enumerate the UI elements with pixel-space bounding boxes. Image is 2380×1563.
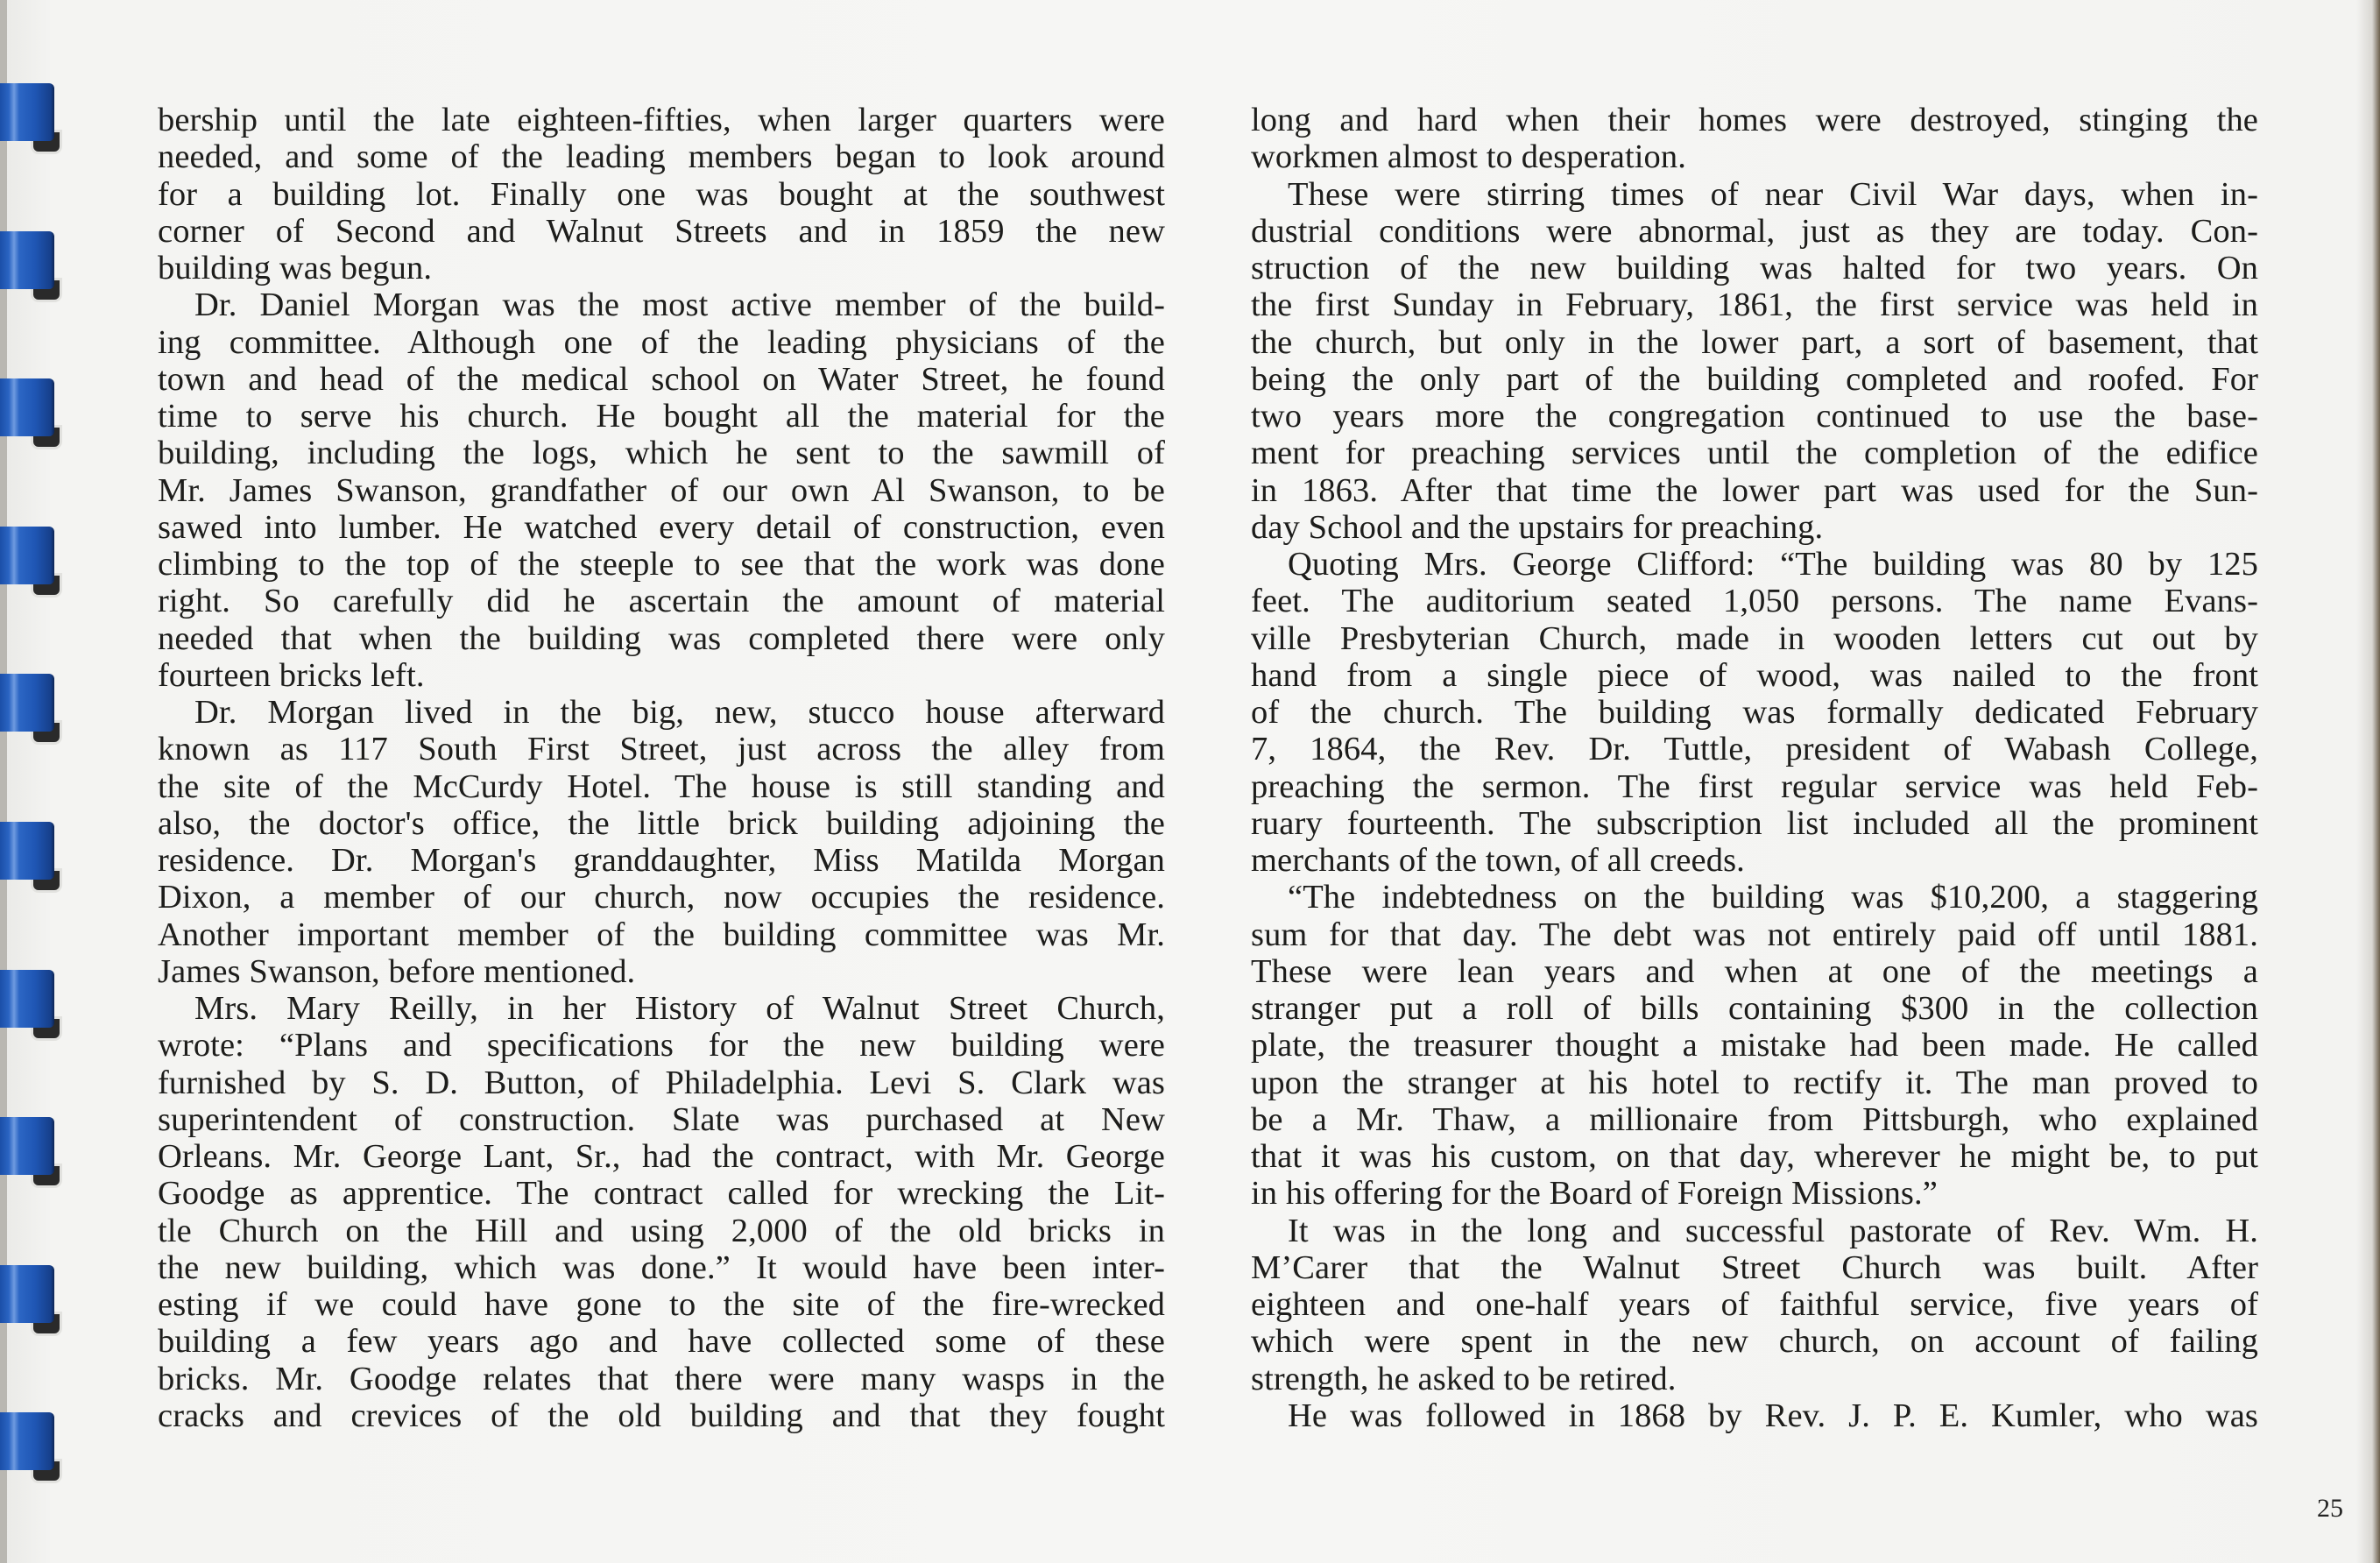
text-line: sum for that day. The debt was not entir… bbox=[1251, 916, 2258, 953]
text-line: stranger put a roll of bills containing … bbox=[1251, 990, 2258, 1027]
text-line: day School and the upstairs for preachin… bbox=[1251, 509, 2258, 546]
coil-band bbox=[0, 1117, 54, 1175]
text-line: Quoting Mrs. George Clifford: “The build… bbox=[1251, 546, 2258, 583]
text-line: time to serve his church. He bought all … bbox=[158, 398, 1165, 435]
binding-coil bbox=[0, 83, 60, 160]
text-line: in his offering for the Board of Foreign… bbox=[1251, 1175, 2258, 1212]
binding-coil bbox=[0, 1412, 60, 1489]
text-line: town and head of the medical school on W… bbox=[158, 361, 1165, 398]
coil-band bbox=[0, 1412, 54, 1470]
binding-coil bbox=[0, 378, 60, 456]
text-line: long and hard when their homes were dest… bbox=[1251, 102, 2258, 138]
text-line: He was followed in 1868 by Rev. J. P. E.… bbox=[1251, 1397, 2258, 1434]
coil-band bbox=[0, 1265, 54, 1323]
text-line: struction of the new building was halted… bbox=[1251, 250, 2258, 286]
text-line: furnished by S. D. Button, of Philadelph… bbox=[158, 1064, 1165, 1101]
text-line: bricks. Mr. Goodge relates that there we… bbox=[158, 1361, 1165, 1397]
text-line: which were spent in the new church, on a… bbox=[1251, 1323, 2258, 1360]
text-line: It was in the long and successful pastor… bbox=[1251, 1213, 2258, 1249]
text-line: workmen almost to desperation. bbox=[1251, 138, 2258, 175]
coil-band bbox=[0, 822, 54, 880]
text-line: Dr. Daniel Morgan was the most active me… bbox=[158, 286, 1165, 323]
coil-band bbox=[0, 83, 54, 141]
binding-coil bbox=[0, 970, 60, 1047]
text-line: preaching the sermon. The first regular … bbox=[1251, 768, 2258, 805]
binding-coil bbox=[0, 1117, 60, 1194]
text-line: hand from a single piece of wood, was na… bbox=[1251, 657, 2258, 694]
binding-coil bbox=[0, 822, 60, 899]
text-line: Mr. James Swanson, grandfather of our ow… bbox=[158, 472, 1165, 509]
text-line: Dr. Morgan lived in the big, new, stucco… bbox=[158, 694, 1165, 731]
text-line: climbing to the top of the steeple to se… bbox=[158, 546, 1165, 583]
text-line: feet. The auditorium seated 1,050 person… bbox=[1251, 583, 2258, 619]
page-number: 25 bbox=[2317, 1494, 2343, 1524]
binding-coil bbox=[0, 1265, 60, 1342]
text-line: building, including the logs, which he s… bbox=[158, 435, 1165, 471]
text-line: for a building lot. Finally one was boug… bbox=[158, 176, 1165, 213]
text-line: James Swanson, before mentioned. bbox=[158, 953, 1165, 990]
coil-band bbox=[0, 674, 54, 732]
right-text-column: long and hard when their homes were dest… bbox=[1251, 102, 2258, 1434]
text-line: merchants of the town, of all creeds. bbox=[1251, 842, 2258, 879]
text-line: two years more the congregation continue… bbox=[1251, 398, 2258, 435]
text-line: of the church. The building was formally… bbox=[1251, 694, 2258, 731]
text-line: sawed into lumber. He watched every deta… bbox=[158, 509, 1165, 546]
binding-coil bbox=[0, 527, 60, 604]
text-line: be a Mr. Thaw, a millionaire from Pittsb… bbox=[1251, 1101, 2258, 1138]
text-line: esting if we could have gone to the site… bbox=[158, 1286, 1165, 1323]
text-line: ment for preaching services until the co… bbox=[1251, 435, 2258, 471]
text-line: tle Church on the Hill and using 2,000 o… bbox=[158, 1213, 1165, 1249]
text-line: cracks and crevices of the old building … bbox=[158, 1397, 1165, 1434]
binding-coil bbox=[0, 674, 60, 751]
text-line: Orleans. Mr. George Lant, Sr., had the c… bbox=[158, 1138, 1165, 1175]
text-line: in 1863. After that time the lower part … bbox=[1251, 472, 2258, 509]
text-line: the site of the McCurdy Hotel. The house… bbox=[158, 768, 1165, 805]
text-line: Dixon, a member of our church, now occup… bbox=[158, 879, 1165, 916]
text-line: M’Carer that the Walnut Street Church wa… bbox=[1251, 1249, 2258, 1286]
text-line: These were lean years and when at one of… bbox=[1251, 953, 2258, 990]
text-line: strength, he asked to be retired. bbox=[1251, 1361, 2258, 1397]
text-line: Goodge as apprentice. The contract calle… bbox=[158, 1175, 1165, 1212]
text-line: building a few years ago and have collec… bbox=[158, 1323, 1165, 1360]
text-line: wrote: “Plans and specifications for the… bbox=[158, 1027, 1165, 1064]
text-line: corner of Second and Walnut Streets and … bbox=[158, 213, 1165, 250]
text-line: 7, 1864, the Rev. Dr. Tuttle, president … bbox=[1251, 731, 2258, 767]
text-line: dustrial conditions were abnormal, just … bbox=[1251, 213, 2258, 250]
text-line: ing committee. Although one of the leadi… bbox=[158, 324, 1165, 361]
text-line: being the only part of the building comp… bbox=[1251, 361, 2258, 398]
text-line: that it was his custom, on that day, whe… bbox=[1251, 1138, 2258, 1175]
text-line: bership until the late eighteen-fifties,… bbox=[158, 102, 1165, 138]
text-line: residence. Dr. Morgan's granddaughter, M… bbox=[158, 842, 1165, 879]
text-line: building was begun. bbox=[158, 250, 1165, 286]
binding-coil bbox=[0, 231, 60, 308]
text-line: Mrs. Mary Reilly, in her History of Waln… bbox=[158, 990, 1165, 1027]
text-line: the first Sunday in February, 1861, the … bbox=[1251, 286, 2258, 323]
text-line: “The indebtedness on the building was $1… bbox=[1251, 879, 2258, 916]
coil-band bbox=[0, 231, 54, 289]
text-line: superintendent of construction. Slate wa… bbox=[158, 1101, 1165, 1138]
coil-band bbox=[0, 527, 54, 584]
text-line: fourteen bricks left. bbox=[158, 657, 1165, 694]
text-line: right. So carefully did he ascertain the… bbox=[158, 583, 1165, 619]
text-line: the church, but only in the lower part, … bbox=[1251, 324, 2258, 361]
text-line: plate, the treasurer thought a mistake h… bbox=[1251, 1027, 2258, 1064]
coil-band bbox=[0, 970, 54, 1028]
text-line: Another important member of the building… bbox=[158, 916, 1165, 953]
text-line: known as 117 South First Street, just ac… bbox=[158, 731, 1165, 767]
text-line: ruary fourteenth. The subscription list … bbox=[1251, 805, 2258, 842]
text-line: the new building, which was done.” It wo… bbox=[158, 1249, 1165, 1286]
text-line: ville Presbyterian Church, made in woode… bbox=[1251, 620, 2258, 657]
book-page: bership until the late eighteen-fifties,… bbox=[0, 0, 2380, 1563]
text-line: These were stirring times of near Civil … bbox=[1251, 176, 2258, 213]
text-line: upon the stranger at his hotel to rectif… bbox=[1251, 1064, 2258, 1101]
text-line: needed, and some of the leading members … bbox=[158, 138, 1165, 175]
coil-band bbox=[0, 378, 54, 436]
text-line: needed that when the building was comple… bbox=[158, 620, 1165, 657]
left-text-column: bership until the late eighteen-fifties,… bbox=[158, 102, 1165, 1434]
text-line: eighteen and one-half years of faithful … bbox=[1251, 1286, 2258, 1323]
text-line: also, the doctor's office, the little br… bbox=[158, 805, 1165, 842]
